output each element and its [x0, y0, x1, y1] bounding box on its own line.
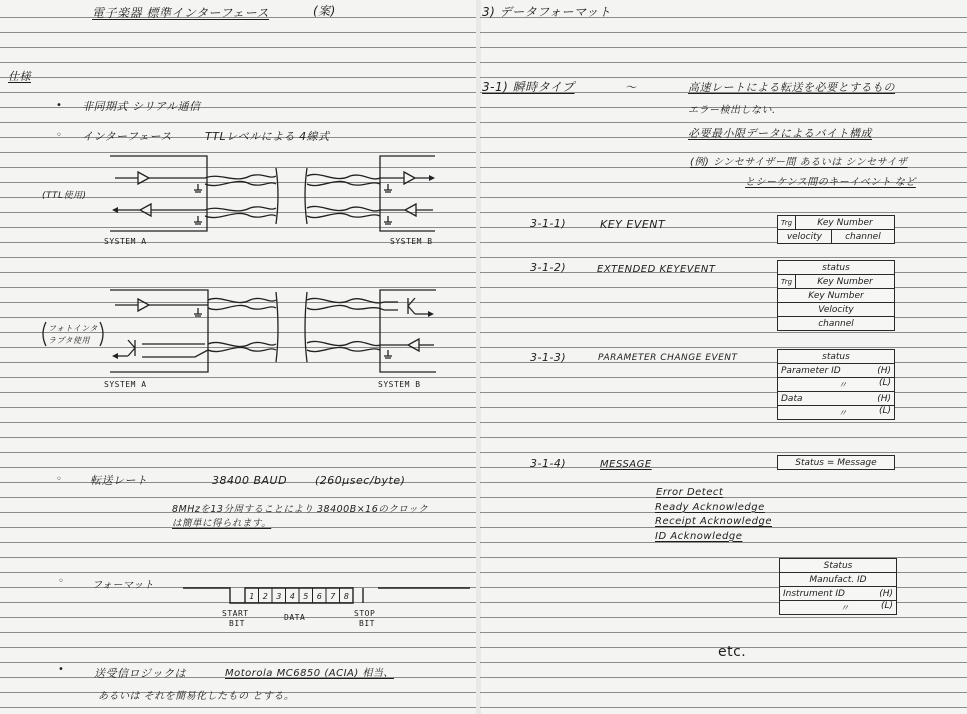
id-box-row: 〃(L) — [780, 601, 897, 615]
message-type-item: Receipt Acknowledge — [655, 515, 772, 528]
id-box-row-label: Manufact. ID — [809, 575, 866, 585]
param-change-row-suffix: (H) — [877, 366, 891, 376]
svg-text:6: 6 — [317, 592, 322, 601]
data-label: DATA — [284, 611, 305, 624]
id-box-row-label: 〃 — [783, 601, 849, 614]
instant-type-dash: 〜 — [625, 81, 637, 94]
example-line-2: とシーケンス間のキーイベント など — [745, 176, 916, 189]
message-format-box: Status = Message — [777, 455, 895, 470]
channel-cell: channel — [831, 230, 894, 244]
id-box-row: Manufact. ID — [780, 573, 897, 587]
id-acknowledge-format-box: StatusManufact. IDInstrument ID(H)〃(L) — [779, 558, 897, 615]
id-box-row: Instrument ID(H) — [780, 587, 897, 601]
velocity-cell: Velocity — [778, 303, 895, 317]
param-change-row: 〃(L) — [778, 406, 895, 420]
svg-text:3: 3 — [276, 592, 281, 601]
svg-text:2: 2 — [263, 592, 268, 601]
status-message-cell: Status = Message — [778, 456, 895, 470]
stop-bit-label-2: BIT — [359, 617, 375, 630]
instant-type-desc-2: エラー検出しない. — [688, 104, 776, 117]
param-change-row: 〃(L) — [778, 378, 895, 392]
event-id-1: 3-1-1) — [530, 217, 566, 230]
event-name-4: MESSAGE — [600, 458, 652, 471]
param-change-row-label: 〃 — [781, 378, 847, 391]
etc-label: etc. — [718, 646, 746, 659]
svg-text:7: 7 — [330, 592, 336, 601]
logic-line-1a: 送受信ロジックは — [94, 667, 186, 680]
param-change-row-suffix: (L) — [879, 378, 891, 388]
velocity-cell: velocity — [778, 230, 832, 244]
param-change-row: status — [778, 350, 895, 364]
instant-type-desc-1: 高速レートによる転送を必要とするもの — [688, 81, 895, 94]
id-box-row-suffix: (H) — [879, 589, 893, 599]
channel-cell: channel — [778, 317, 895, 331]
message-type-item: Ready Acknowledge — [655, 501, 765, 514]
svg-text:4: 4 — [290, 592, 295, 601]
key-number-cell: Key Number — [796, 275, 895, 289]
param-change-row-label: Data — [781, 394, 803, 404]
logic-line-2: あるいは それを簡易化したもの とする。 — [98, 690, 294, 703]
event-id-2: 3-1-2) — [530, 261, 566, 274]
id-box-row-label: Instrument ID — [783, 589, 845, 599]
param-change-row-label: Parameter ID — [781, 366, 841, 376]
param-change-row-suffix: (L) — [879, 406, 891, 416]
example-line-1: (例) シンセサイザー間 あるいは シンセサイザ — [690, 156, 907, 169]
bullet-icon: • — [58, 664, 64, 675]
id-box-row: Status — [780, 559, 897, 573]
svg-text:5: 5 — [303, 592, 308, 601]
event-name-2: EXTENDED KEYEVENT — [597, 263, 716, 276]
event-id-4: 3-1-4) — [530, 457, 566, 470]
param-change-row-label: status — [822, 352, 850, 362]
trg-cell: Trg — [778, 216, 796, 230]
key-number-cell-2: Key Number — [778, 289, 895, 303]
start-bit-label-2: BIT — [229, 617, 245, 630]
param-change-row: Data(H) — [778, 392, 895, 406]
param-change-row-label: 〃 — [781, 406, 847, 419]
message-type-item: Error Detect — [656, 486, 723, 499]
key-event-format-box: TrgKey Number velocitychannel — [777, 215, 895, 244]
extended-key-event-format-box: status TrgKey Number Key Number Velocity… — [777, 260, 895, 331]
id-box-row-label: Status — [824, 561, 853, 571]
id-box-row-suffix: (L) — [881, 601, 893, 611]
trg-cell: Trg — [778, 275, 796, 289]
serial-format-diagram: 12345678 — [0, 0, 478, 640]
event-id-3: 3-1-3) — [530, 351, 566, 364]
instant-type-desc-3: 必要最小限データによるバイト構成 — [688, 127, 872, 140]
parameter-change-format-box: statusParameter ID(H)〃(L)Data(H)〃(L) — [777, 349, 895, 420]
param-change-row-suffix: (H) — [877, 394, 891, 404]
event-name-3: PARAMETER CHANGE EVENT — [598, 352, 738, 365]
param-change-row: Parameter ID(H) — [778, 364, 895, 378]
logic-line-1b: Motorola MC6850 (ACIA) 相当、 — [225, 667, 394, 680]
data-format-heading: 3) データフォーマット — [482, 6, 611, 19]
instant-type-heading: 3-1) 瞬時タイプ — [482, 81, 575, 94]
event-name-1: KEY EVENT — [600, 218, 665, 231]
svg-text:8: 8 — [344, 592, 349, 601]
message-type-item: ID Acknowledge — [655, 530, 742, 543]
status-cell: status — [778, 261, 895, 275]
svg-text:1: 1 — [249, 592, 254, 601]
key-number-cell: Key Number — [796, 216, 895, 230]
